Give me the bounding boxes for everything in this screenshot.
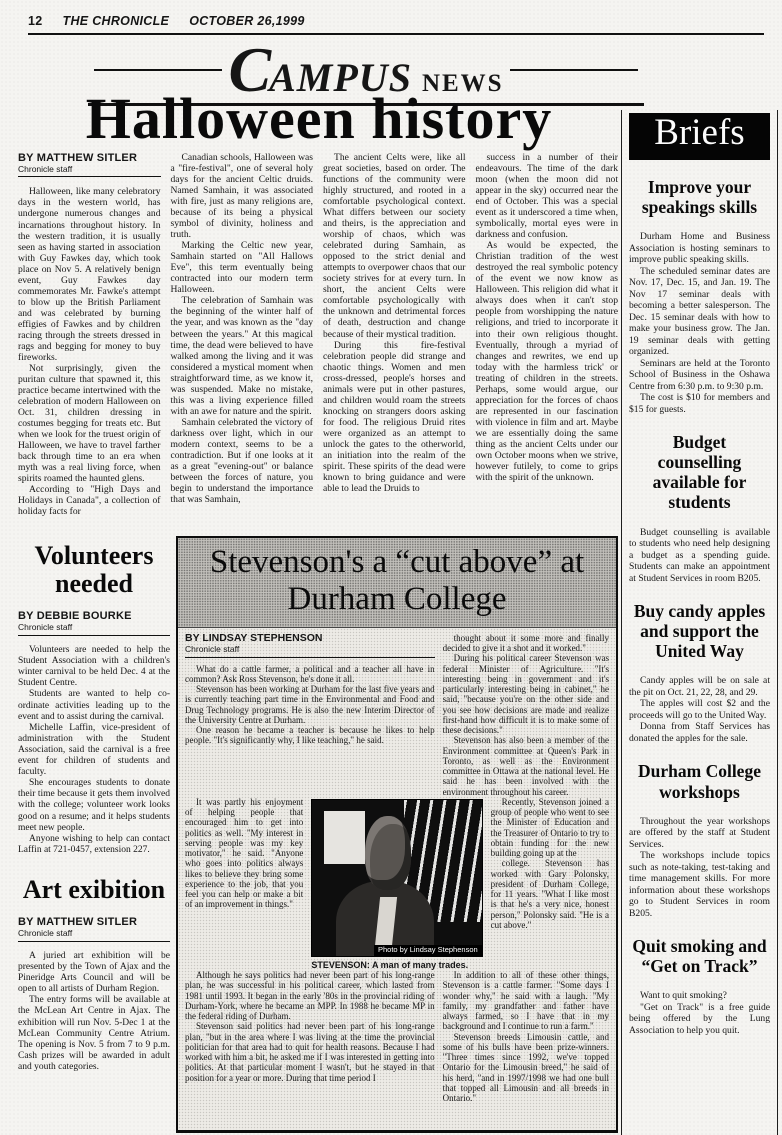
brief-heading: Improve your speakings skills <box>631 177 768 217</box>
paragraph: Want to quit smoking? <box>629 990 770 1002</box>
paragraph: thought about it some more and finally d… <box>443 633 609 654</box>
stevenson-left-mid: It was partly his enjoyment of helping p… <box>185 797 303 970</box>
paragraph: Seminars are held at the Toronto School … <box>629 358 770 393</box>
paragraph: Samhain celebrated the victory of darkne… <box>171 417 314 505</box>
stevenson-body: BY LINDSAY STEPHENSON Chronicle staff Wh… <box>178 628 616 1104</box>
paragraph: A juried art exhibition will be presente… <box>18 951 170 995</box>
photo-credit: Photo by Lindsay Stephenson <box>374 945 482 956</box>
brief-item: Quit smoking and “Get on Track” Want to … <box>629 936 770 1036</box>
brief-heading: Durham College workshops <box>631 761 768 801</box>
photo-head-silhouette <box>365 816 411 891</box>
stevenson-row-top: BY LINDSAY STEPHENSON Chronicle staff Wh… <box>185 633 609 797</box>
banner-rule-right <box>510 69 638 71</box>
paragraph: The ancient Celts were, like all great s… <box>323 152 466 340</box>
paragraph: She encourages students to donate their … <box>18 778 170 834</box>
stevenson-row-photo: It was partly his enjoyment of helping p… <box>185 797 609 970</box>
newspaper-page: { "masthead": { "page_number": "12", "pa… <box>0 0 782 1135</box>
stevenson-right-mid: Recently, Stevenson joined a group of pe… <box>491 797 609 970</box>
paragraph: What do a cattle farmer, a political and… <box>185 664 435 685</box>
briefs-rail: Briefs Improve your speakings skills Dur… <box>621 110 778 1135</box>
paragraph: During this fire-festival celebration pe… <box>323 340 466 494</box>
stevenson-left-top: BY LINDSAY STEPHENSON Chronicle staff Wh… <box>185 633 435 797</box>
paper-name: THE CHRONICLE <box>63 14 170 28</box>
volunteers-section: Volunteers needed BY DEBBIE BOURKE Chron… <box>18 542 170 856</box>
briefs-title: Briefs <box>629 113 770 160</box>
paragraph: Stevenson breeds Limousin cattle, and so… <box>443 1032 609 1104</box>
stevenson-left-bottom: Although he says politics had never been… <box>185 970 435 1103</box>
volunteers-headline: Volunteers needed <box>18 542 170 598</box>
brief-item: Durham College workshops Throughout the … <box>629 761 770 919</box>
paragraph: Throughout the year workshops are offere… <box>629 816 770 851</box>
halloween-article: BY MATTHEW SITLER Chronicle staff Hallow… <box>18 152 618 532</box>
stevenson-headline: Stevenson's a “cut above” at Durham Coll… <box>178 538 616 628</box>
halloween-headline: Halloween history <box>26 90 612 148</box>
brief-heading: Buy candy apples and support the United … <box>631 601 768 661</box>
brief-item: Buy candy apples and support the United … <box>629 601 770 744</box>
art-section: Art exibition BY MATTHEW SITLER Chronicl… <box>18 876 170 1073</box>
paragraph: Marking the Celtic new year, Samhain sta… <box>171 240 314 295</box>
article-column-4: success in a number of their endeavours.… <box>476 152 619 532</box>
paragraph: success in a number of their endeavours.… <box>476 152 619 240</box>
paragraph: The celebration of Samhain was the begin… <box>171 295 314 416</box>
byline-role: Chronicle staff <box>18 929 170 942</box>
stevenson-photo-block: Photo by Lindsay Stephenson STEVENSON: A… <box>311 799 482 970</box>
paragraph: Canadian schools, Halloween was a "fire-… <box>171 152 314 240</box>
paragraph: Stevenson has been working at Durham for… <box>185 684 435 725</box>
byline-role: Chronicle staff <box>18 165 161 178</box>
paragraph: Anyone wishing to help can contact Laffi… <box>18 834 170 856</box>
left-rail: Volunteers needed BY DEBBIE BOURKE Chron… <box>18 538 170 1133</box>
brief-item: Budget counselling available for student… <box>629 432 770 584</box>
brief-heading: Quit smoking and “Get on Track” <box>631 936 768 976</box>
stevenson-article: Stevenson's a “cut above” at Durham Coll… <box>176 536 618 1133</box>
paragraph: Michelle Laffin, vice-president of admin… <box>18 723 170 779</box>
paragraph: The cost is $10 for members and $15 for … <box>629 392 770 415</box>
paragraph: One reason he became a teacher is becaus… <box>185 725 435 746</box>
brief-heading: Budget counselling available for student… <box>631 432 768 513</box>
paragraph: Candy apples will be on sale at the pit … <box>629 675 770 698</box>
byline-role: Chronicle staff <box>185 645 435 658</box>
paragraph: The apples will cost $2 and the proceeds… <box>629 698 770 721</box>
stevenson-photo: Photo by Lindsay Stephenson <box>311 799 482 957</box>
issue-date: OCTOBER 26,1999 <box>189 14 304 28</box>
stevenson-right-bottom: In addition to all of these other things… <box>443 970 609 1103</box>
stevenson-right-top: thought about it some more and finally d… <box>443 633 609 797</box>
paragraph: During his political career Stevenson wa… <box>443 653 609 735</box>
paragraph: "Get on Track" is a free guide being off… <box>629 1002 770 1037</box>
paragraph: Stevenson has also been a member of the … <box>443 735 609 797</box>
paragraph: Budget counselling is available to stude… <box>629 527 770 585</box>
paragraph: Not surprisingly, given the puritan cult… <box>18 363 161 484</box>
paragraph: In addition to all of these other things… <box>443 970 609 1032</box>
paragraph: As would be expected, the Christian trad… <box>476 240 619 483</box>
paragraph: The workshops include topics such as not… <box>629 850 770 919</box>
paragraph: Volunteers are needed to help the Studen… <box>18 645 170 689</box>
banner-rule-left <box>94 69 222 71</box>
paragraph: Halloween, like many celebratory days in… <box>18 186 161 363</box>
byline: BY MATTHEW SITLER <box>18 152 161 165</box>
paragraph: Donna from Staff Services has donated th… <box>629 721 770 744</box>
paragraph: Students are wanted to help co-ordinate … <box>18 689 170 722</box>
article-column-2: Canadian schools, Halloween was a "fire-… <box>171 152 314 532</box>
paragraph: college. Stevenson has worked with Gary … <box>491 858 609 930</box>
paragraph: Stevenson said politics had never been p… <box>185 1021 435 1083</box>
paragraph: The entry forms will be available at the… <box>18 995 170 1073</box>
paragraph: It was partly his enjoyment of helping p… <box>185 797 303 910</box>
page-number: 12 <box>28 14 43 28</box>
byline-role: Chronicle staff <box>18 623 170 636</box>
brief-item: Improve your speakings skills Durham Hom… <box>629 177 770 415</box>
art-headline: Art exibition <box>18 876 170 904</box>
stevenson-row-bottom: Although he says politics had never been… <box>185 970 609 1103</box>
article-column-3: The ancient Celts were, like all great s… <box>323 152 466 532</box>
paragraph: The scheduled seminar dates are Nov. 17,… <box>629 266 770 358</box>
article-column-1: BY MATTHEW SITLER Chronicle staff Hallow… <box>18 152 161 532</box>
masthead: 12 THE CHRONICLE OCTOBER 26,1999 <box>28 14 764 35</box>
photo-caption: STEVENSON: A man of many trades. <box>311 960 482 970</box>
paragraph: According to "High Days and Holidays in … <box>18 484 161 517</box>
photo-window-shape <box>324 811 365 864</box>
paragraph: Durham Home and Business Association is … <box>629 231 770 266</box>
paragraph: Although he says politics had never been… <box>185 970 435 1021</box>
paragraph: Recently, Stevenson joined a group of pe… <box>491 797 609 859</box>
